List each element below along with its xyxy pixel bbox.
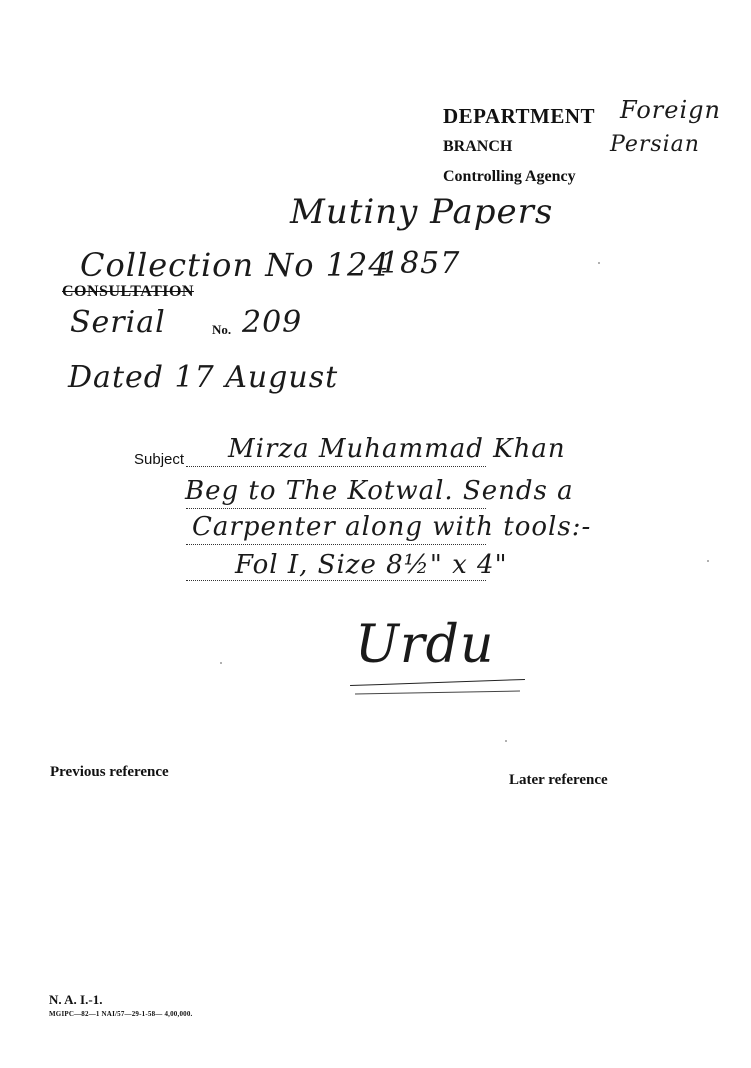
subject-label: Subject	[134, 451, 184, 468]
collection-number: Collection No 124	[80, 246, 390, 284]
paper-speck	[505, 740, 507, 742]
department-label: DEPARTMENT	[443, 104, 595, 129]
paper-speck	[707, 560, 709, 562]
language-annotation: Urdu	[355, 615, 494, 675]
paper-speck	[598, 262, 600, 264]
collection-title: Mutiny Papers	[290, 192, 553, 232]
subject-dotted-line	[186, 544, 486, 545]
later-reference-label: Later reference	[509, 772, 608, 789]
language-underline	[350, 679, 525, 686]
number-label: No.	[212, 322, 231, 338]
branch-label: BRANCH	[443, 138, 512, 156]
subject-line-3: Carpenter along with tools:-	[192, 512, 591, 542]
serial-number: 209	[242, 305, 302, 340]
paper-speck	[220, 662, 222, 664]
subject-line-1: Mirza Muhammad Khan	[228, 434, 566, 464]
subject-dotted-line	[186, 508, 486, 509]
previous-reference-label: Previous reference	[50, 764, 169, 781]
subject-dotted-line	[186, 580, 486, 581]
collection-year: 1857	[380, 246, 460, 281]
department-value: Foreign	[620, 96, 721, 124]
form-id: N. A. I.-1.	[49, 992, 102, 1008]
subject-line-2: Beg to The Kotwal. Sends a	[185, 476, 574, 506]
branch-value: Persian	[610, 132, 700, 157]
subject-dotted-line	[186, 466, 486, 467]
language-underline	[355, 691, 520, 695]
consultation-label-struck: CONSULTATION	[62, 283, 194, 301]
dated-field: Dated 17 August	[68, 360, 338, 395]
serial-word: Serial	[70, 305, 166, 340]
subject-line-4: Fol I, Size 8½" x 4"	[235, 550, 508, 580]
controlling-agency-label: Controlling Agency	[443, 168, 576, 186]
print-code: MGIPC—82—1 NAI/57—29-1-58— 4,00,000.	[49, 1010, 193, 1018]
